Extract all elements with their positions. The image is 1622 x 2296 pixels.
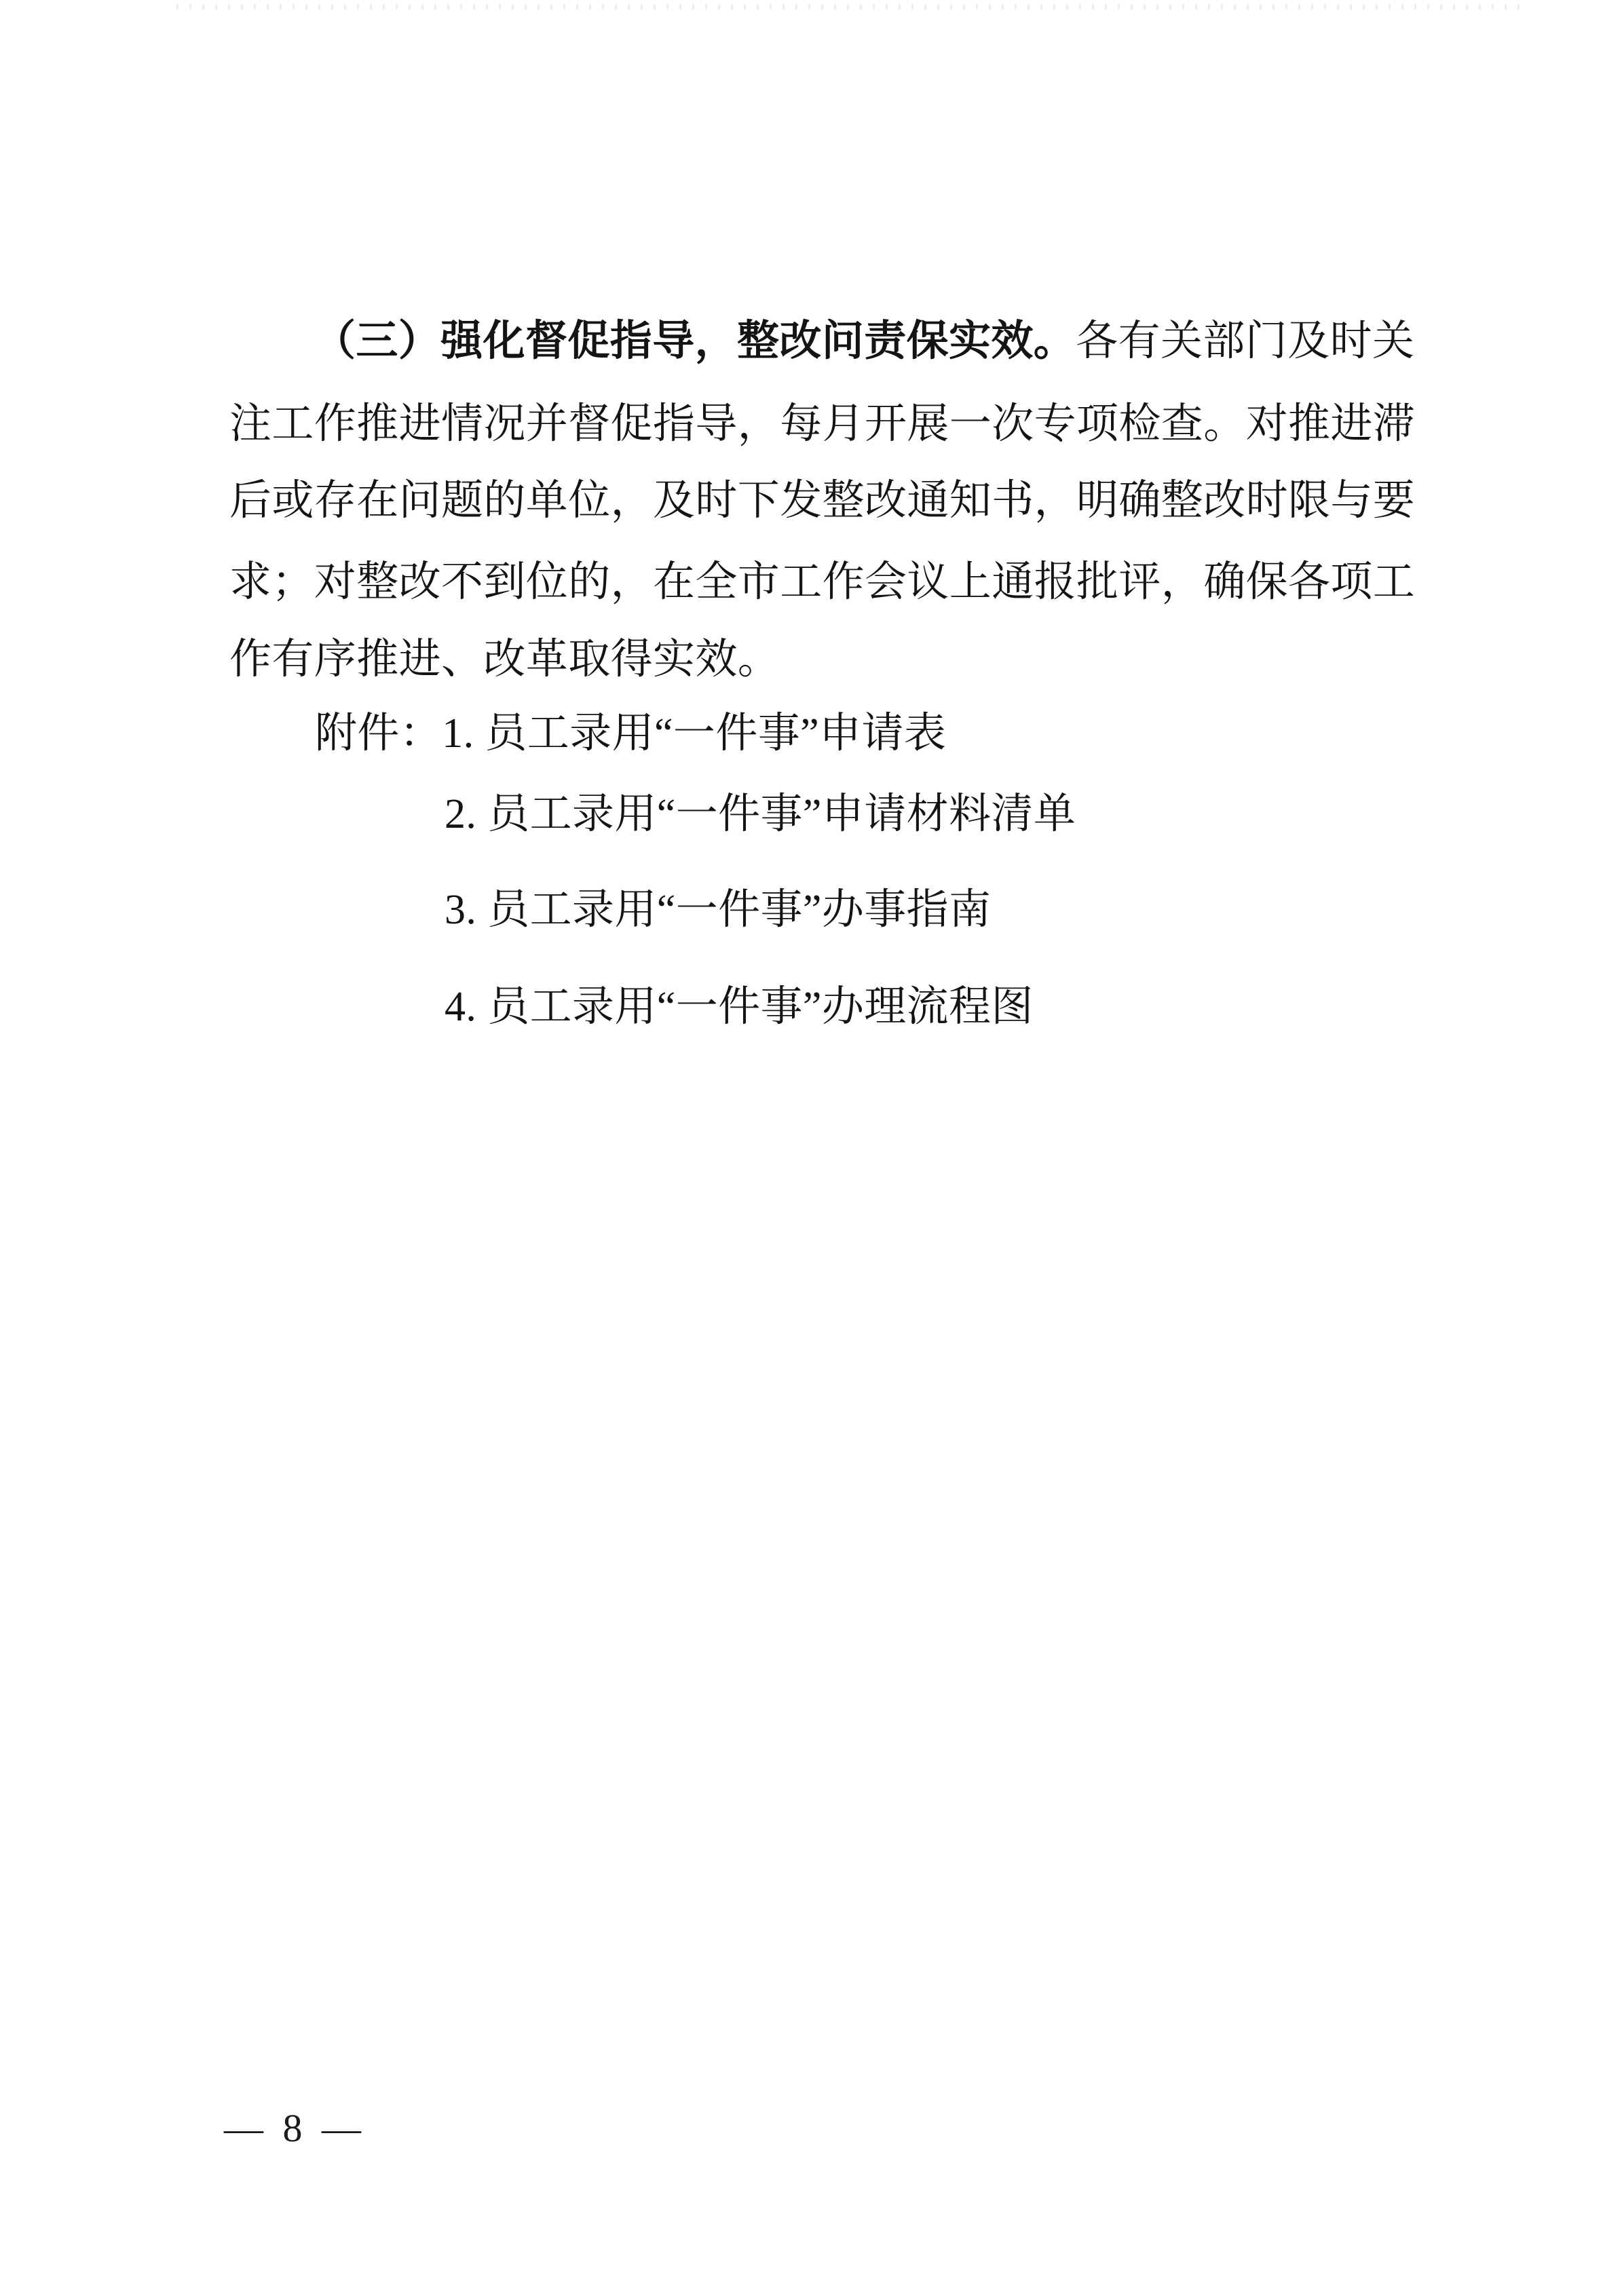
paragraph-line-3: 后或存在问题的单位，及时下发整改通知书，明确整改时限与要 (229, 476, 1415, 526)
paragraph-line-2: 注工作推进情况并督促指导，每月开展一次专项检查。对推进滞 (229, 399, 1415, 449)
document-page: （三）强化督促指导，整改问责保实效。各有关部门及时关 注工作推进情况并督促指导，… (0, 0, 1622, 2296)
attachment-item-2: 2. 员工录用“一件事”申请材料清单 (445, 789, 1076, 839)
section-heading: （三）强化督促指导，整改问责保实效。 (314, 318, 1076, 364)
attachment-item-3: 3. 员工录用“一件事”办事指南 (445, 885, 991, 935)
scan-noise-artifact (176, 4, 1520, 9)
page-number: — 8 — (224, 2109, 362, 2148)
paragraph-line-1: （三）强化督促指导，整改问责保实效。各有关部门及时关 (314, 316, 1414, 366)
paragraph-line-4: 求；对整改不到位的，在全市工作会议上通报批评，确保各项工 (229, 557, 1415, 607)
attachments-label: 附件： (315, 710, 442, 757)
paragraph-line-5: 作有序推进、改革取得实效。 (229, 634, 780, 685)
attachment-line-1: 附件：1. 员工录用“一件事”申请表 (315, 708, 946, 759)
attachment-item-4: 4. 员工录用“一件事”办理流程图 (445, 982, 1034, 1032)
paragraph-text-line-1: 各有关部门及时关 (1076, 318, 1414, 364)
attachment-item-1: 1. 员工录用“一件事”申请表 (442, 710, 946, 757)
